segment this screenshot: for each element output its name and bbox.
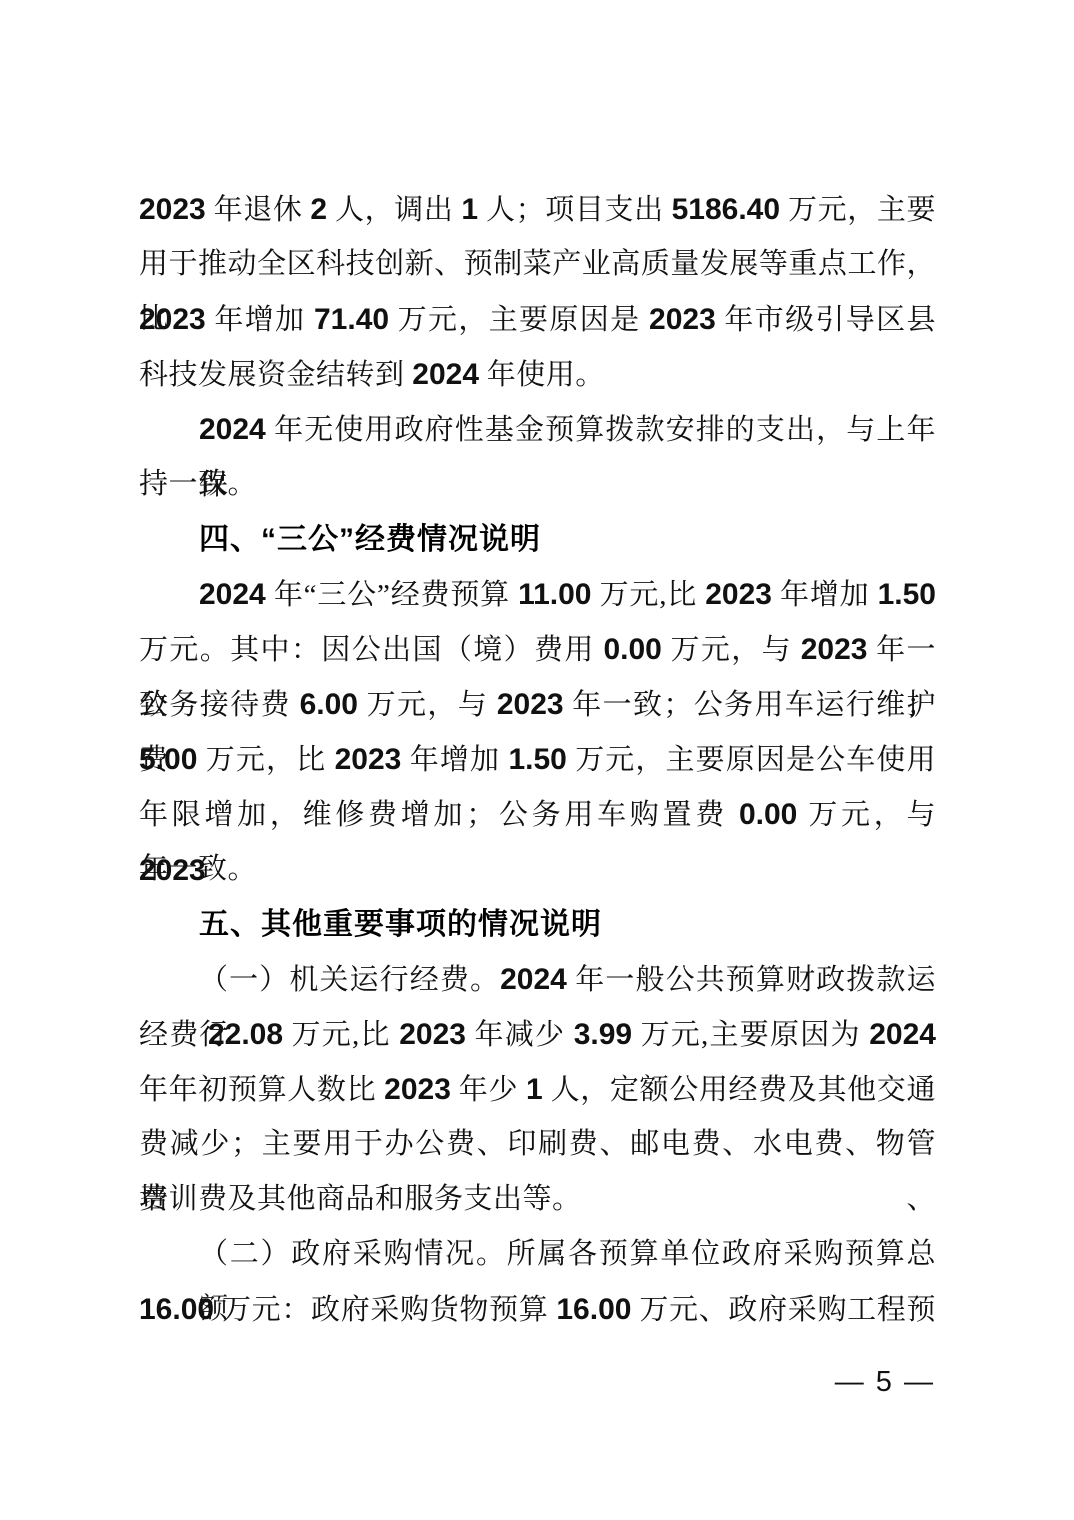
text-line: 科技发展资金结转到 2024 年使用。 xyxy=(139,347,936,402)
text-line: 万元。其中：因公出国（境）费用 0.00 万元，与 2023 年一致； xyxy=(139,622,936,677)
numeric-text: 2023 xyxy=(801,633,868,666)
numeric-text: 2023 xyxy=(139,303,206,336)
numeric-text: 2023 xyxy=(335,743,402,776)
text-line: 2023 年退休 2 人，调出 1 人；项目支出 5186.40 万元，主要 xyxy=(139,182,936,237)
numeric-text: 5186.40 xyxy=(672,193,780,226)
numeric-text: 2024 xyxy=(199,578,266,611)
numeric-text: 6.00 xyxy=(300,688,358,721)
text-line: 持一致。 xyxy=(139,457,936,512)
numeric-text: 2024 xyxy=(500,963,567,996)
numeric-text: 2024 xyxy=(869,1018,936,1051)
text-line: 2024 年“三公”经费预算 11.00 万元,比 2023 年增加 1.50 xyxy=(139,567,936,622)
numeric-text: 2023 xyxy=(399,1018,466,1051)
numeric-text: 2024 xyxy=(412,358,479,391)
text-line: （二）政府采购情况。所属各预算单位政府采购预算总额 xyxy=(139,1227,936,1282)
numeric-text: 0.00 xyxy=(739,798,797,831)
page-number: — 5 — xyxy=(835,1362,935,1402)
text-line: （一）机关运行经费。2024 年一般公共预算财政拨款运行 xyxy=(139,952,936,1007)
section-heading: 五、其他重要事项的情况说明 xyxy=(139,897,936,952)
numeric-text: 16.00 xyxy=(556,1293,631,1326)
numeric-text: 2023 xyxy=(649,303,716,336)
text-line: 2023 年增加 71.40 万元，主要原因是 2023 年市级引导区县 xyxy=(139,292,936,347)
numeric-text: 2023 xyxy=(705,578,772,611)
numeric-text: 1.50 xyxy=(508,743,566,776)
numeric-text: 16.00 xyxy=(139,1293,214,1326)
text-line: 年一致。 xyxy=(139,842,936,897)
numeric-text: 0.00 xyxy=(603,633,661,666)
numeric-text: 2023 xyxy=(384,1073,451,1106)
text-line: 年限增加，维修费增加；公务用车购置费 0.00 万元，与 2023 xyxy=(139,787,936,842)
numeric-text: 1 xyxy=(526,1073,543,1106)
numeric-text: 11.00 xyxy=(518,578,591,611)
text-line: 用于推动全区科技创新、预制菜产业高质量发展等重点工作，比 xyxy=(139,237,936,292)
document-text-column: 2023 年退休 2 人，调出 1 人；项目支出 5186.40 万元，主要用于… xyxy=(139,182,936,1337)
numeric-text: 1 xyxy=(461,193,478,226)
numeric-text: 2024 xyxy=(199,413,266,446)
numeric-text: 22.08 xyxy=(208,1018,283,1051)
text-line: 公务接待费 6.00 万元，与 2023 年一致；公务用车运行维护费 xyxy=(139,677,936,732)
numeric-text: 2023 xyxy=(139,193,206,226)
text-line: 费减少；主要用于办公费、印刷费、邮电费、水电费、物管费、 xyxy=(139,1117,936,1172)
document-page: 2023 年退休 2 人，调出 1 人；项目支出 5186.40 万元，主要用于… xyxy=(0,0,1074,1520)
text-line: 2024 年无使用政府性基金预算拨款安排的支出，与上年保 xyxy=(139,402,936,457)
numeric-text: 3.99 xyxy=(574,1018,632,1051)
text-line: 经费 22.08 万元,比 2023 年减少 3.99 万元,主要原因为 202… xyxy=(139,1007,936,1062)
text-line: 年年初预算人数比 2023 年少 1 人，定额公用经费及其他交通 xyxy=(139,1062,936,1117)
numeric-text: 2 xyxy=(310,193,327,226)
numeric-text: 71.40 xyxy=(314,303,389,336)
text-line: 5.00 万元，比 2023 年增加 1.50 万元，主要原因是公车使用 xyxy=(139,732,936,787)
numeric-text: 1.50 xyxy=(878,578,936,611)
numeric-text: 5.00 xyxy=(139,743,197,776)
section-heading: 四、“三公”经费情况说明 xyxy=(139,512,936,567)
text-line: 16.00 万元：政府采购货物预算 16.00 万元、政府采购工程预 xyxy=(139,1282,936,1337)
numeric-text: 2023 xyxy=(497,688,564,721)
